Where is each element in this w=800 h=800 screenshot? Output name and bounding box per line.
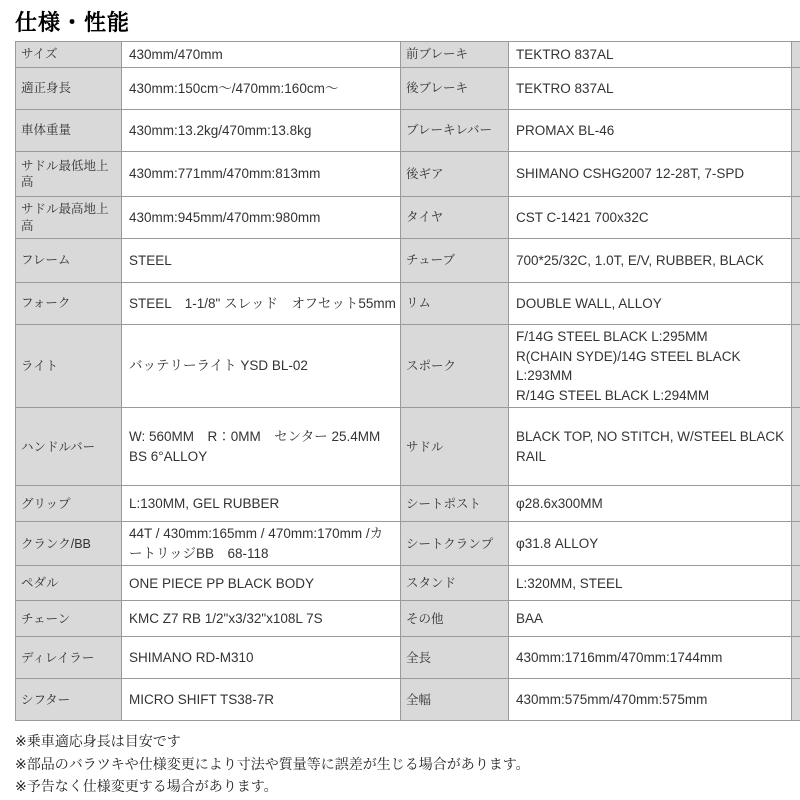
- spec-label-right: 全幅: [401, 679, 509, 721]
- table-row: ペダル ONE PIECE PP BLACK BODY スタンド L:320MM…: [16, 566, 800, 601]
- cutoff-label-column: [792, 110, 800, 152]
- spec-value-right: 700*25/32C, 1.0T, E/V, RUBBER, BLACK: [509, 239, 792, 283]
- spec-value-left: KMC Z7 RB 1/2"x3/32"x108L 7S: [122, 601, 401, 637]
- footnote-tolerance: ※部品のバラツキや仕様変更により寸法や質量等に誤差が生じる場合があります。: [15, 753, 800, 775]
- table-row: サドル最低地上高 430mm:771mm/470mm:813mm 後ギア SHI…: [16, 152, 800, 197]
- cutoff-label-column: [792, 679, 800, 721]
- cutoff-label-column: [792, 239, 800, 283]
- footnote-spec-change: ※予告なく仕様変更する場合があります。: [15, 775, 800, 797]
- spec-label-left: クランク/BB: [16, 522, 122, 566]
- spec-value-left: 430mm/470mm: [122, 42, 401, 68]
- spec-value-left: 44T / 430mm:165mm / 470mm:170mm /カートリッジB…: [122, 522, 401, 566]
- table-row: フォーク STEEL 1-1/8" スレッド オフセット55mm リム DOUB…: [16, 283, 800, 325]
- spec-label-left: グリップ: [16, 486, 122, 522]
- cutoff-label-column: [792, 68, 800, 110]
- cutoff-label-column: [792, 197, 800, 239]
- spec-label-right: チューブ: [401, 239, 509, 283]
- page-title: 仕様・性能: [15, 6, 800, 37]
- spec-label-left: 適正身長: [16, 68, 122, 110]
- spec-label-right: 後ブレーキ: [401, 68, 509, 110]
- table-row: グリップ L:130MM, GEL RUBBER シートポスト φ28.6x30…: [16, 486, 800, 522]
- spec-value-right: 430mm:575mm/470mm:575mm: [509, 679, 792, 721]
- spec-value-left: L:130MM, GEL RUBBER: [122, 486, 401, 522]
- spec-value-right: CST C-1421 700x32C: [509, 197, 792, 239]
- spec-label-left: シフター: [16, 679, 122, 721]
- spec-label-right: 後ギア: [401, 152, 509, 197]
- spec-value-left: W: 560MM R：0MM センター 25.4MM BS 6°ALLOY: [122, 408, 401, 486]
- spec-label-left: 車体重量: [16, 110, 122, 152]
- spec-value-left: STEEL: [122, 239, 401, 283]
- table-row: フレーム STEEL チューブ 700*25/32C, 1.0T, E/V, R…: [16, 239, 800, 283]
- spec-label-right: ブレーキレバー: [401, 110, 509, 152]
- spec-label-left: フレーム: [16, 239, 122, 283]
- spec-label-left: サドル最低地上高: [16, 152, 122, 197]
- table-row: ディレイラー SHIMANO RD-M310 全長 430mm:1716mm/4…: [16, 637, 800, 679]
- spec-value-left: バッテリーライト YSD BL-02: [122, 325, 401, 408]
- spec-label-right: スタンド: [401, 566, 509, 601]
- spec-value-right: BLACK TOP, NO STITCH, W/STEEL BLACK RAIL: [509, 408, 792, 486]
- spec-label-right: 前ブレーキ: [401, 42, 509, 68]
- cutoff-label-column: [792, 601, 800, 637]
- spec-table-container: サイズ 430mm/470mm 前ブレーキ TEKTRO 837AL 適正身長 …: [15, 41, 800, 721]
- table-row: シフター MICRO SHIFT TS38-7R 全幅 430mm:575mm/…: [16, 679, 800, 721]
- spec-label-right: サドル: [401, 408, 509, 486]
- spec-value-left: ONE PIECE PP BLACK BODY: [122, 566, 401, 601]
- cutoff-label-column: [792, 283, 800, 325]
- spec-value-left: 430mm:771mm/470mm:813mm: [122, 152, 401, 197]
- spec-label-right: リム: [401, 283, 509, 325]
- spec-value-right: L:320MM, STEEL: [509, 566, 792, 601]
- spec-label-right: タイヤ: [401, 197, 509, 239]
- cutoff-label-column: [792, 566, 800, 601]
- spec-label-right: その他: [401, 601, 509, 637]
- cutoff-label-column: [792, 42, 800, 68]
- cutoff-label-column: [792, 408, 800, 486]
- spec-value-right: SHIMANO CSHG2007 12-28T, 7-SPD: [509, 152, 792, 197]
- spec-value-right: φ28.6x300MM: [509, 486, 792, 522]
- spec-value-right: TEKTRO 837AL: [509, 42, 792, 68]
- spec-label-left: サドル最高地上高: [16, 197, 122, 239]
- spec-label-right: シートクランプ: [401, 522, 509, 566]
- table-row: 車体重量 430mm:13.2kg/470mm:13.8kg ブレーキレバー P…: [16, 110, 800, 152]
- spec-label-left: ペダル: [16, 566, 122, 601]
- spec-table-body: サイズ 430mm/470mm 前ブレーキ TEKTRO 837AL 適正身長 …: [16, 42, 800, 721]
- spec-value-right: DOUBLE WALL, ALLOY: [509, 283, 792, 325]
- spec-label-left: ディレイラー: [16, 637, 122, 679]
- spec-label-left: サイズ: [16, 42, 122, 68]
- table-row: ライト バッテリーライト YSD BL-02 スポーク F/14G STEEL …: [16, 325, 800, 408]
- table-row: ハンドルバー W: 560MM R：0MM センター 25.4MM BS 6°A…: [16, 408, 800, 486]
- spec-value-right: φ31.8 ALLOY: [509, 522, 792, 566]
- table-row: クランク/BB 44T / 430mm:165mm / 470mm:170mm …: [16, 522, 800, 566]
- spec-value-left: 430mm:150cm～/470mm:160cm～: [122, 68, 401, 110]
- cutoff-label-column: [792, 522, 800, 566]
- spec-label-right: 全長: [401, 637, 509, 679]
- footnotes: ※乗車適応身長は目安です ※部品のバラツキや仕様変更により寸法や質量等に誤差が生…: [15, 730, 800, 797]
- spec-value-left: 430mm:945mm/470mm:980mm: [122, 197, 401, 239]
- spec-label-left: ハンドルバー: [16, 408, 122, 486]
- spec-label-left: フォーク: [16, 283, 122, 325]
- spec-value-left: SHIMANO RD-M310: [122, 637, 401, 679]
- spec-label-right: シートポスト: [401, 486, 509, 522]
- spec-value-right: BAA: [509, 601, 792, 637]
- footnote-rider-height: ※乗車適応身長は目安です: [15, 730, 800, 752]
- spec-value-right: TEKTRO 837AL: [509, 68, 792, 110]
- spec-value-left: 430mm:13.2kg/470mm:13.8kg: [122, 110, 401, 152]
- spec-value-right: 430mm:1716mm/470mm:1744mm: [509, 637, 792, 679]
- table-row: サドル最高地上高 430mm:945mm/470mm:980mm タイヤ CST…: [16, 197, 800, 239]
- spec-value-left: STEEL 1-1/8" スレッド オフセット55mm: [122, 283, 401, 325]
- table-row: サイズ 430mm/470mm 前ブレーキ TEKTRO 837AL: [16, 42, 800, 68]
- cutoff-label-column: [792, 152, 800, 197]
- cutoff-label-column: [792, 486, 800, 522]
- spec-label-left: チェーン: [16, 601, 122, 637]
- spec-value-left: MICRO SHIFT TS38-7R: [122, 679, 401, 721]
- spec-label-left: ライト: [16, 325, 122, 408]
- spec-value-right: F/14G STEEL BLACK L:295MM R(CHAIN SYDE)/…: [509, 325, 792, 408]
- table-row: 適正身長 430mm:150cm～/470mm:160cm～ 後ブレーキ TEK…: [16, 68, 800, 110]
- specs-table: サイズ 430mm/470mm 前ブレーキ TEKTRO 837AL 適正身長 …: [15, 41, 800, 721]
- spec-label-right: スポーク: [401, 325, 509, 408]
- table-row: チェーン KMC Z7 RB 1/2"x3/32"x108L 7S その他 BA…: [16, 601, 800, 637]
- spec-value-right: PROMAX BL-46: [509, 110, 792, 152]
- cutoff-label-column: [792, 325, 800, 408]
- spec-page: 仕様・性能 サイズ 430mm/470mm 前ブレーキ TEKTRO 837AL…: [0, 0, 800, 800]
- cutoff-label-column: [792, 637, 800, 679]
